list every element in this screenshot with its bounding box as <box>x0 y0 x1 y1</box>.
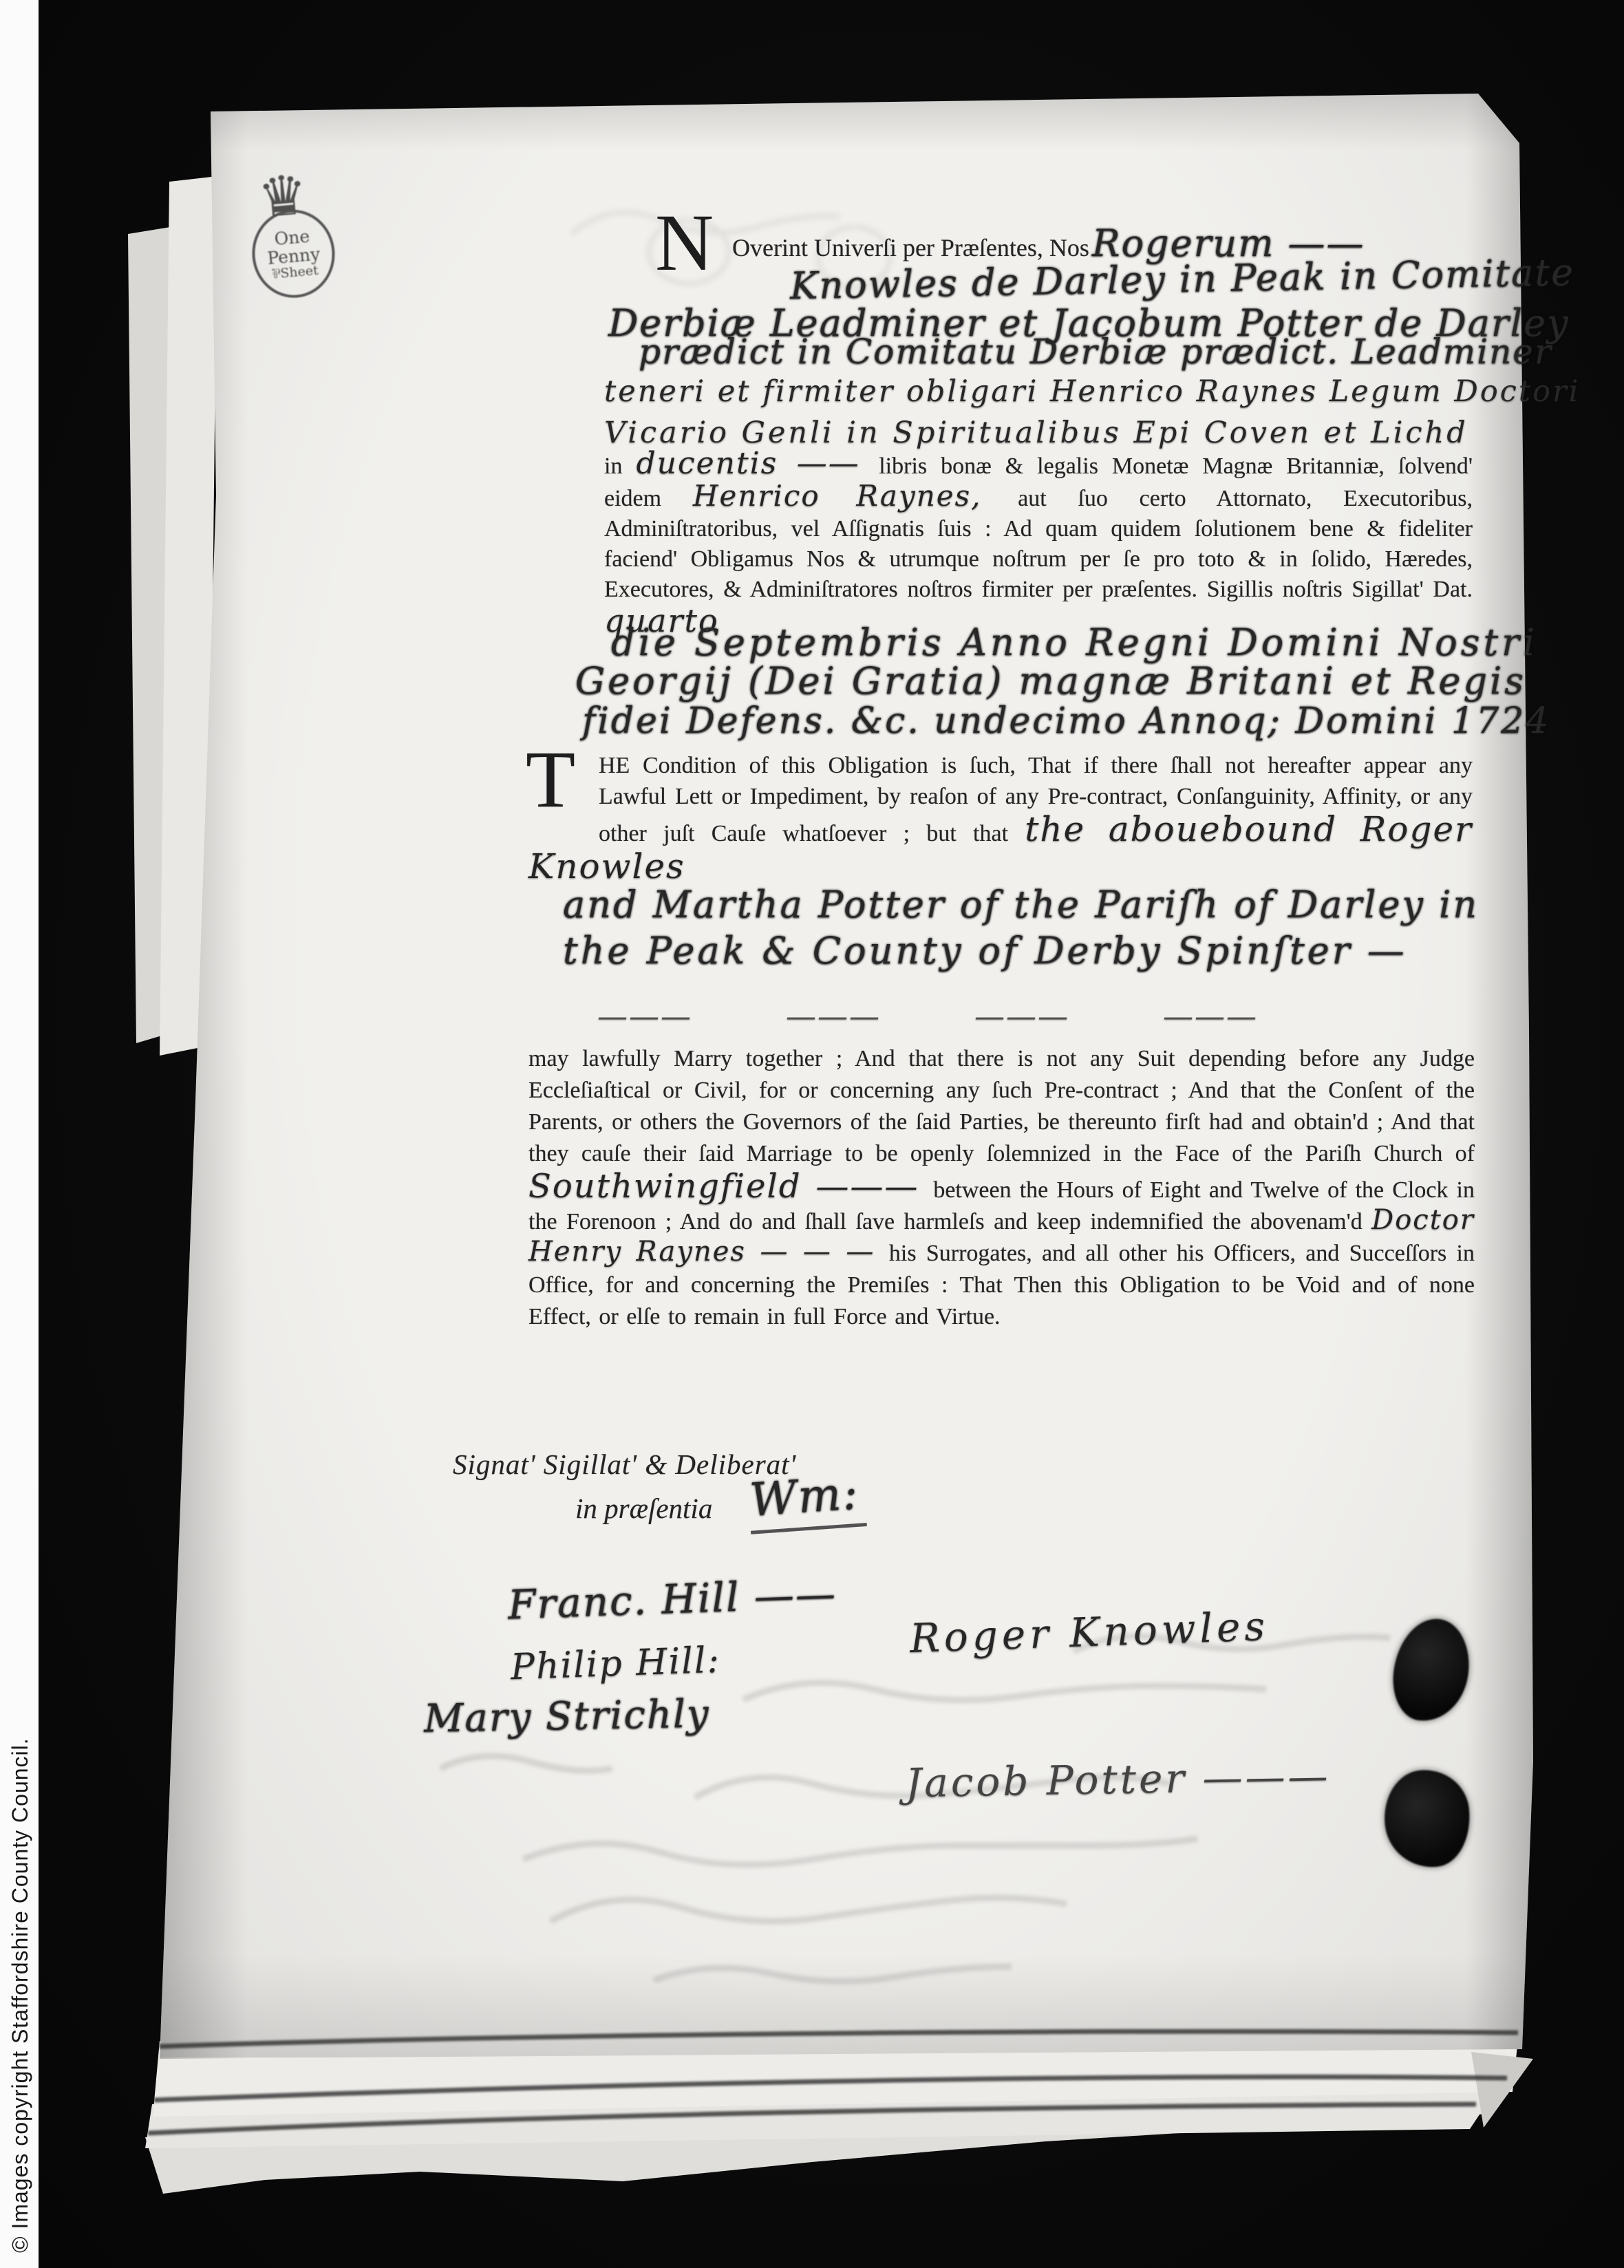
date-line: Georgij (Dei Gratia) magnæ Britani et Re… <box>575 659 1526 703</box>
bond-payee-hand: Henrico Raynes, <box>693 479 1018 513</box>
witness-signature: Philip Hill: <box>510 1640 721 1689</box>
condition-paragraph: T HE Condition of this Obligation is ſuc… <box>528 750 1473 886</box>
witness-signature: Franc. Hill —— <box>507 1570 837 1629</box>
signature-jacob-potter: Jacob Potter ——— <box>905 1753 1331 1807</box>
notary-mark-text: Wm: <box>747 1466 866 1534</box>
flourish-line: ——— ——— ——— ——— <box>597 999 1258 1034</box>
signature-roger-knowles: Roger Knowles <box>909 1603 1270 1662</box>
bond-amount-hand: ducentis —— <box>636 446 879 481</box>
covenant-print: may lawfully Marry together ; And that t… <box>528 1046 1475 1166</box>
condition-hand-line: and Martha Potter of the Pariſh of Darle… <box>563 883 1479 926</box>
bond-hand-line: Vicario Genli in Spiritualibus Epi Coven… <box>604 416 1468 450</box>
covenant-paragraph: may lawfully Marry together ; And that t… <box>528 1043 1475 1333</box>
bond-hand-line: prædict in Comitatu Derbiæ prædict. Lead… <box>639 332 1552 372</box>
bond-body-print: in <box>604 453 636 479</box>
dropcap-N: N <box>655 211 714 275</box>
copyright-text: © Images copyright Staffordshire County … <box>8 1737 33 2253</box>
attestation-line: in præſentia <box>575 1492 712 1525</box>
dropcap-T: T <box>528 750 599 816</box>
date-line: die Septembris Anno Regni Domini Nostri <box>611 621 1538 664</box>
scanned-document-photo: ♛ One Penny ⅌Sheet N Overint Univerſi pe… <box>0 0 1624 2268</box>
bond-hand-line: teneri et firmiter obligari Henrico Rayn… <box>604 374 1580 409</box>
wax-seal <box>1387 1614 1475 1726</box>
bond-opening-print: Overint Univerſi per Præſentes, Nos <box>732 234 1089 261</box>
dropcap-T-glyph: T <box>526 747 575 812</box>
notary-mark: Wm: <box>749 1470 865 1530</box>
copyright-strip: © Images copyright Staffordshire County … <box>0 0 39 2268</box>
church-name-hand: Southwingfield ——— <box>528 1167 933 1206</box>
bond-body-paragraph: in ducentis —— libris bonæ & legalis Mon… <box>604 449 1473 640</box>
attestation-line: Signat' Sigillat' & Deliberat' <box>453 1448 796 1481</box>
document-text: N Overint Univerſi per Præſentes, Nos Ro… <box>0 0 1624 2268</box>
condition-hand-line: the Peak & County of Derby Spinſter — <box>563 929 1407 972</box>
wax-seal <box>1380 1766 1475 1872</box>
date-line: fidei Defens. &c. undecimo Annoq; Domini… <box>582 700 1550 742</box>
witness-signature: Mary Strichly <box>423 1691 710 1741</box>
